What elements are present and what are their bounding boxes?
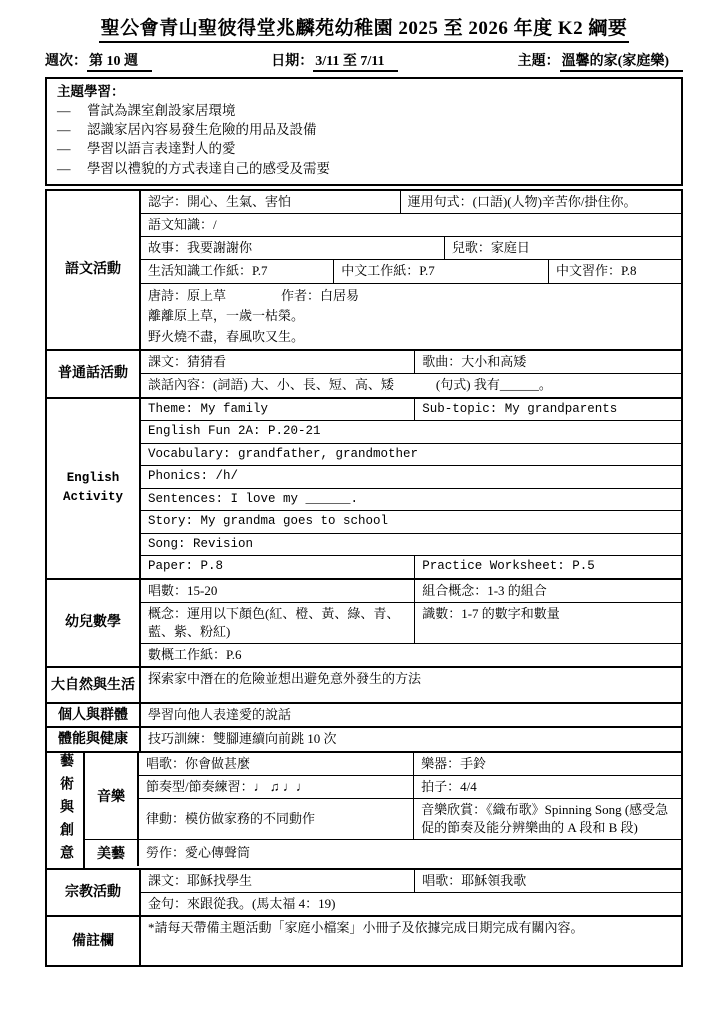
dash-bullet: —: [57, 139, 87, 158]
section-art-label: 藝術與創意: [47, 753, 85, 868]
dash-bullet: —: [57, 120, 87, 139]
mandarin-talk-words: 談話內容：(詞語) 大、小、長、短、高、矮: [148, 377, 394, 392]
english-paper: Paper: P.8: [141, 556, 414, 578]
dash-bullet: —: [57, 101, 87, 120]
table-row: 探索家中潛在的危險並想出避免意外發生的方法: [141, 668, 681, 702]
music-label: 音樂: [85, 753, 139, 840]
table-row: Song: Revision: [141, 533, 681, 556]
music-beat: 拍子：4/4: [413, 776, 681, 798]
music-appreciation: 音樂欣賞：《織布歌》Spinning Song (感受急促的節奏及能分辨樂曲的 …: [413, 799, 681, 839]
math-combination: 組合概念：1-3 的組合: [414, 580, 681, 602]
table-row: 唱數：15-20 組合概念：1-3 的組合: [141, 580, 681, 602]
poem-header: 唐詩：原上草作者：白居易: [148, 286, 674, 307]
theme-learning-title: 主題學習：: [57, 82, 671, 101]
poem-line: 野火燒不盡，春風吹又生。: [148, 327, 674, 348]
theme-learning-item-text: 嘗試為課室創設家居環境: [87, 101, 236, 120]
lang-story: 故事：我要謝謝你: [141, 237, 444, 259]
page-title: 聖公會青山聖彼得堂兆麟苑幼稚園 2025 至 2026 年度 K2 綱要: [45, 13, 683, 43]
lang-chinese-homework: 中文習作：P.8: [548, 260, 681, 282]
page-title-text: 聖公會青山聖彼得堂兆麟苑幼稚園 2025 至 2026 年度 K2 綱要: [99, 13, 630, 43]
section-mandarin: 普通話活動 課文：猜猜看 歌曲：大小和高矮 談話內容：(詞語) 大、小、長、短、…: [47, 349, 681, 396]
section-math: 幼兒數學 唱數：15-20 組合概念：1-3 的組合 概念：運用以下顏色(紅、橙…: [47, 578, 681, 667]
table-row: 勞作：愛心傳聲筒: [139, 840, 681, 866]
english-label-line1: English: [67, 469, 120, 488]
section-english-label: English Activity: [47, 399, 141, 578]
section-math-label: 幼兒數學: [47, 580, 141, 667]
theme-learning-item: —認識家居內容易發生危險的用品及設備: [57, 120, 671, 139]
music-movement: 律動：模仿做家務的不同動作: [139, 799, 413, 839]
craft-content: 勞作：愛心傳聲筒: [139, 840, 681, 866]
nature-content: 探索家中潛在的危險並想出避免意外發生的方法: [141, 668, 681, 702]
theme-value: 溫馨的家(家庭樂): [560, 54, 683, 72]
section-language: 語文活動 認字：開心、生氣、害怕 運用句式：(口語)(人物)辛苦你/掛住你。 語…: [47, 191, 681, 349]
math-concept: 概念：運用以下顏色(紅、橙、黃、綠、青、藍、紫、粉紅): [141, 603, 414, 643]
table-row: Vocabulary: grandfather, grandmother: [141, 443, 681, 466]
section-nature-label: 大自然與生活: [47, 668, 141, 702]
week-value: 第 10 週: [87, 54, 152, 72]
theme-learning-item: —學習以語言表達對人的愛: [57, 139, 671, 158]
theme-learning-item-text: 學習以禮貌的方式表達自己的感受及需要: [87, 159, 330, 178]
table-row: 談話內容：(詞語) 大、小、長、短、高、矮(句式) 我有______。: [141, 373, 681, 396]
table-row: Theme: My family Sub-topic: My grandpare…: [141, 399, 681, 421]
date-field: 日期：3/11 至 7/11: [271, 50, 398, 70]
section-mandarin-label: 普通話活動: [47, 351, 141, 396]
table-row: Story: My grandma goes to school: [141, 510, 681, 533]
math-counting: 唱數：15-20: [141, 580, 414, 602]
section-religion-label: 宗教活動: [47, 870, 141, 915]
religion-song: 唱歌：耶穌領我歌: [414, 870, 681, 892]
religion-text: 課文：耶穌找學生: [141, 870, 414, 892]
math-numbers: 識數：1-7 的數字和數量: [414, 603, 681, 643]
date-value: 3/11 至 7/11: [313, 54, 398, 72]
english-phonics: Phonics: /h/: [141, 466, 681, 488]
table-row: 語文知識：/: [141, 213, 681, 236]
mandarin-talk-pattern: (句式) 我有______。: [436, 377, 552, 392]
table-row: Sentences: I love my ______.: [141, 488, 681, 511]
table-row: 律動：模仿做家務的不同動作 音樂欣賞：《織布歌》Spinning Song (感…: [139, 798, 681, 839]
english-sentences: Sentences: I love my ______.: [141, 489, 681, 511]
date-label: 日期：: [271, 54, 313, 69]
math-worksheet: 數概工作紙：P.6: [141, 644, 681, 666]
religion-verse: 金句：來跟從我。(馬太福 4：19): [141, 893, 681, 915]
section-personal: 個人與群體 學習向他人表達愛的說話: [47, 702, 681, 726]
section-remarks-label: 備註欄: [47, 917, 141, 965]
table-row: 課文：猜猜看 歌曲：大小和高矮: [141, 351, 681, 373]
english-story: Story: My grandma goes to school: [141, 511, 681, 533]
art-music-block: 音樂 唱歌：你會做甚麼 樂器：手鈴 節奏型/節奏練習：♩ ♫ ♩♩ 拍子：4/4…: [85, 753, 681, 840]
dash-bullet: —: [57, 159, 87, 178]
section-nature: 大自然與生活 探索家中潛在的危險並想出避免意外發生的方法: [47, 666, 681, 702]
mandarin-talk: 談話內容：(詞語) 大、小、長、短、高、矮(句式) 我有______。: [141, 374, 681, 396]
english-practice-worksheet: Practice Worksheet: P.5: [414, 556, 681, 578]
music-sing: 唱歌：你會做甚麼: [139, 753, 413, 775]
theme-label: 主題：: [518, 54, 560, 69]
mandarin-text: 課文：猜猜看: [141, 351, 414, 373]
table-row: 金句：來跟從我。(馬太福 4：19): [141, 892, 681, 915]
table-row: *請每天帶備主題活動「家庭小檔案」小冊子及依據完成日期完成有關內容。: [141, 917, 681, 965]
table-row: 認字：開心、生氣、害怕 運用句式：(口語)(人物)辛苦你/掛住你。: [141, 191, 681, 213]
english-subtopic: Sub-topic: My grandparents: [414, 399, 681, 421]
section-personal-label: 個人與群體: [47, 704, 141, 726]
english-theme: Theme: My family: [141, 399, 414, 421]
theme-learning-item-text: 認識家居內容易發生危險的用品及設備: [87, 120, 317, 139]
physical-content: 技巧訓練：雙腳連續向前跳 10 次: [141, 728, 681, 750]
document-page: 聖公會青山聖彼得堂兆麟苑幼稚園 2025 至 2026 年度 K2 綱要 週次：…: [0, 0, 725, 967]
table-row: 課文：耶穌找學生 唱歌：耶穌領我歌: [141, 870, 681, 892]
table-row: English Fun 2A: P.20-21: [141, 420, 681, 443]
poem-line: 離離原上草，一歲一枯榮。: [148, 306, 674, 327]
theme-learning-box: 主題學習： —嘗試為課室創設家居環境 —認識家居內容易發生危險的用品及設備 —學…: [45, 77, 683, 186]
week-label: 週次：: [45, 54, 87, 69]
table-row: 唐詩：原上草作者：白居易 離離原上草，一歲一枯榮。 野火燒不盡，春風吹又生。: [141, 283, 681, 350]
poem-author: 作者：白居易: [281, 288, 359, 303]
section-remarks: 備註欄 *請每天帶備主題活動「家庭小檔案」小冊子及依據完成日期完成有關內容。: [47, 915, 681, 965]
theme-field: 主題：溫馨的家(家庭樂): [518, 50, 683, 70]
art-craft-block: 美藝 勞作：愛心傳聲筒: [85, 839, 681, 866]
lang-poem: 唐詩：原上草作者：白居易 離離原上草，一歲一枯榮。 野火燒不盡，春風吹又生。: [141, 284, 681, 350]
english-song: Song: Revision: [141, 534, 681, 556]
table-row: Paper: P.8 Practice Worksheet: P.5: [141, 555, 681, 578]
section-english: English Activity Theme: My family Sub-to…: [47, 397, 681, 578]
craft-label: 美藝: [85, 840, 139, 866]
lang-sentence-pattern: 運用句式：(口語)(人物)辛苦你/掛住你。: [400, 191, 681, 213]
lang-life-worksheet: 生活知識工作紙：P.7: [141, 260, 333, 282]
week-field: 週次：第 10 週: [45, 50, 152, 70]
curriculum-table: 語文活動 認字：開心、生氣、害怕 運用句式：(口語)(人物)辛苦你/掛住你。 語…: [45, 189, 683, 967]
section-art: 藝術與創意 音樂 唱歌：你會做甚麼 樂器：手鈴 節奏型/節奏練習：♩ ♫ ♩♩ …: [47, 751, 681, 868]
english-label-line2: Activity: [63, 488, 123, 507]
meta-row: 週次：第 10 週 日期：3/11 至 7/11 主題：溫馨的家(家庭樂): [45, 50, 683, 70]
lang-knowledge: 語文知識：/: [141, 214, 681, 236]
english-book: English Fun 2A: P.20-21: [141, 421, 681, 443]
lang-word-recognition: 認字：開心、生氣、害怕: [141, 191, 400, 213]
lang-rhyme: 兒歌：家庭日: [444, 237, 681, 259]
theme-learning-item: —嘗試為課室創設家居環境: [57, 101, 671, 120]
section-physical-label: 體能與健康: [47, 728, 141, 750]
table-row: 技巧訓練：雙腳連續向前跳 10 次: [141, 728, 681, 750]
theme-learning-item-text: 學習以語言表達對人的愛: [87, 139, 236, 158]
section-language-label: 語文活動: [47, 191, 141, 349]
lang-chinese-worksheet: 中文工作紙：P.7: [333, 260, 548, 282]
personal-content: 學習向他人表達愛的說話: [141, 704, 681, 726]
section-physical: 體能與健康 技巧訓練：雙腳連續向前跳 10 次: [47, 726, 681, 750]
section-art-label-text: 藝術與創意: [58, 753, 72, 868]
music-rhythm: 節奏型/節奏練習：♩ ♫ ♩♩: [139, 776, 413, 798]
section-religion: 宗教活動 課文：耶穌找學生 唱歌：耶穌領我歌 金句：來跟從我。(馬太福 4：19…: [47, 868, 681, 915]
theme-learning-item: —學習以禮貌的方式表達自己的感受及需要: [57, 159, 671, 178]
table-row: 數概工作紙：P.6: [141, 643, 681, 666]
remarks-content: *請每天帶備主題活動「家庭小檔案」小冊子及依據完成日期完成有關內容。: [141, 917, 681, 965]
table-row: 節奏型/節奏練習：♩ ♫ ♩♩ 拍子：4/4: [139, 775, 681, 798]
music-instrument: 樂器：手鈴: [413, 753, 681, 775]
table-row: 生活知識工作紙：P.7 中文工作紙：P.7 中文習作：P.8: [141, 259, 681, 282]
english-vocabulary: Vocabulary: grandfather, grandmother: [141, 444, 681, 466]
poem-title: 唐詩：原上草: [148, 288, 226, 303]
table-row: 故事：我要謝謝你 兒歌：家庭日: [141, 236, 681, 259]
music-appreciation-line1: 音樂欣賞：《織布歌》Spinning Song: [421, 802, 621, 817]
mandarin-song: 歌曲：大小和高矮: [414, 351, 681, 373]
table-row: 唱歌：你會做甚麼 樂器：手鈴: [139, 753, 681, 775]
table-row: 學習向他人表達愛的說話: [141, 704, 681, 726]
table-row: 概念：運用以下顏色(紅、橙、黃、綠、青、藍、紫、粉紅) 識數：1-7 的數字和數…: [141, 602, 681, 643]
table-row: Phonics: /h/: [141, 465, 681, 488]
